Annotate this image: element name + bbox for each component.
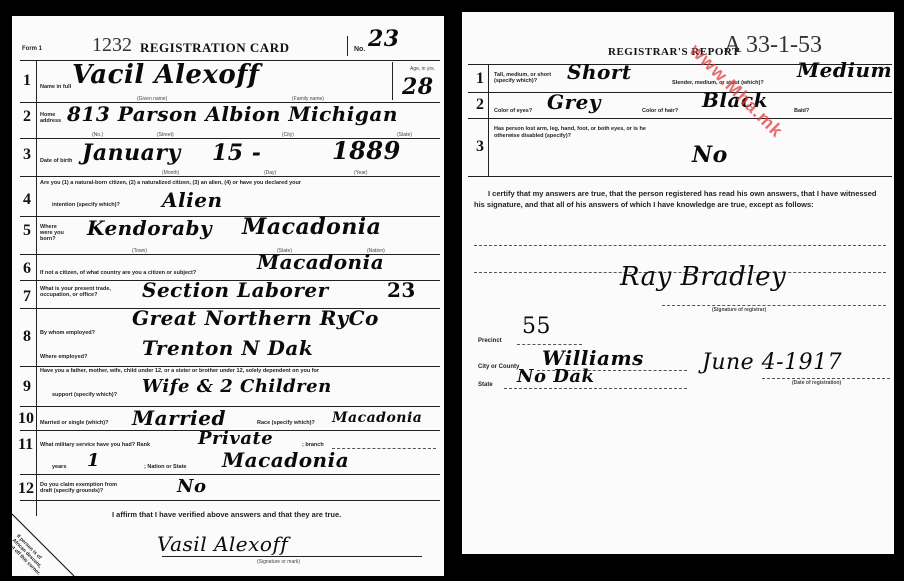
rule [662,305,886,306]
rule [517,344,582,345]
birthplace-state: Macadonia [242,214,381,240]
citizenship-value: Alien [162,188,222,212]
report-stamp: A 33-1-53 [724,32,822,59]
military-years: 1 [87,450,100,471]
birthplace-label: Where were you born? [40,224,66,242]
serial-number: 1232 [92,34,132,57]
years-label: years [52,464,66,470]
age-divider [392,62,393,100]
row-number: 11 [18,436,33,454]
rule [762,378,890,379]
signature-label: (Signature or mark) [257,559,300,565]
divider [347,36,348,56]
row-number: 3 [476,138,484,156]
employer-label: By whom employed? [40,330,95,336]
row-number: 2 [476,96,484,114]
height-value: Short [567,60,632,84]
row-number: 2 [23,108,31,126]
number-column-rule [488,64,489,176]
dob-label: Date of birth [40,158,72,164]
registrar-signature: Ray Bradley [620,262,786,292]
age-value: 28 [402,74,434,100]
registrar-signature-label: (Signature of registrar) [712,307,766,313]
work-location-value: Trenton N Dak [142,336,313,360]
row-number: 12 [18,480,34,498]
rule [468,92,892,93]
bald-label: Bald? [794,108,809,114]
rule [468,118,892,119]
rule [20,474,440,475]
marital-label: Married or single (which)? [40,420,108,426]
report-title: REGISTRAR'S REPORT [608,46,740,58]
eye-color-value: Grey [547,90,601,114]
citizen-country-label: If not a citizen, of what country are yo… [40,270,196,276]
rule [468,176,892,177]
certification-text: I certify that my answers are true, that… [474,188,886,210]
military-label: What military service have you had? Rank [40,442,150,448]
build-value: Medium [797,58,892,82]
occupation-label: What is your present trade, occupation, … [40,286,140,298]
dob-month: January [82,140,181,166]
marital-value: Married [132,406,226,430]
state-value: No Dak [517,366,594,387]
nation-label: ; Nation or State [144,464,186,470]
dependents-question: Have you a father, mother, wife, child u… [40,368,319,374]
rule [20,406,440,407]
age-label: Age, in yrs. [410,66,435,72]
precinct-value: 55 [522,314,551,339]
affirm-text: I affirm that I have verified above answ… [112,510,341,519]
rule [474,245,886,246]
row-number: 1 [476,70,484,88]
occupation-note: 23 [387,278,416,302]
row-number: 3 [23,146,31,164]
dependents-value: Wife & 2 Children [142,376,332,397]
dob-year: 1889 [332,136,401,165]
work-location-label: Where employed? [40,354,87,360]
card-number: 23 [368,26,400,52]
form-label: Form 1 [22,46,42,52]
race-label: Race (specify which)? [257,420,315,426]
row-number: 5 [23,222,31,240]
state-label: State [478,382,493,388]
exemption-value: No [177,476,206,497]
registration-card-back: REGISTRAR'S REPORT A 33-1-53 1 Tall, med… [462,12,894,554]
registrant-signature: Vasil Alexoff [157,532,288,556]
birthplace-town: Kendoraby [87,216,212,240]
disability-value: No [692,142,728,168]
dob-day: 15 - [212,140,261,166]
hair-color-label: Color of hair? [642,108,678,114]
name-label: Name in full [40,84,71,90]
number-column-rule [36,60,37,516]
race-value: Macadonia [332,410,422,426]
card-title: REGISTRATION CARD [140,40,289,56]
row-number: 9 [23,378,31,396]
rule [504,388,687,389]
precinct-label: Precinct [478,338,502,344]
date-label: (Date of registration) [792,380,841,386]
home-address-label: Home address [40,112,64,124]
row-number: 7 [23,288,31,306]
military-rank: Private [198,428,273,449]
citizen-country-value: Macadonia [257,250,384,274]
citizenship-question: Are you (1) a natural-born citizen, (2) … [40,180,301,186]
registration-date: June 4-1917 [702,350,842,375]
height-label: Tall, medium, or short (specify which)? [494,72,554,84]
corner-cutoff-marker: If person is ofAfrican descent,cut off t… [12,506,82,576]
dependents-label: support (specify which)? [52,392,117,398]
row-number: 1 [23,72,31,90]
exemption-label: Do you claim exemption from draft (speci… [40,482,130,494]
occupation-value: Section Laborer [142,278,329,302]
home-address-value: 813 Parson Albion Michigan [67,102,398,126]
row-number: 6 [23,260,31,278]
citizenship-label: intention (specify which)? [52,202,120,208]
eye-color-label: Color of eyes? [494,108,532,114]
rule [20,176,440,177]
no-label: No. [354,46,365,53]
row-number: 4 [23,191,31,209]
employer-value: Great Northern RyCo [132,306,379,330]
name-value: Vacil Alexoff [72,60,260,90]
row-number: 8 [23,328,31,346]
registration-card-front: Form 1 1232 REGISTRATION CARD No. 23 1 N… [12,16,444,576]
rule [162,556,422,557]
military-nation: Macadonia [222,448,349,472]
row-number: 10 [18,410,34,428]
disability-label: Has person lost arm, leg, hand, foot, or… [494,126,664,139]
rule [20,366,440,367]
city-label: City or County [478,364,519,370]
rule [20,500,440,501]
